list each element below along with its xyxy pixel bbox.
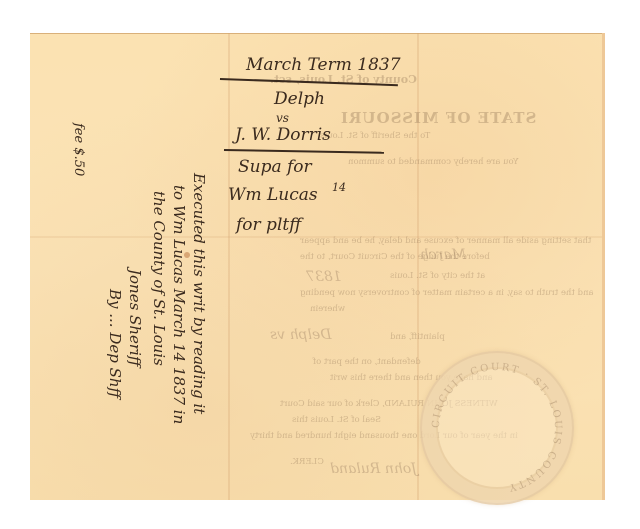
bleed-hand-delph: Delph vs bbox=[270, 327, 332, 343]
document-paper: County of St. Louis, sct. STATE OF MISSO… bbox=[30, 33, 605, 500]
docket-subpoena: Supa for bbox=[238, 157, 312, 177]
return-fee: fee $.50 bbox=[71, 123, 86, 176]
bleed-line-excuse: that setting aside all manner of excuse … bbox=[300, 236, 591, 246]
bleed-line-city: at the city of St. Louis bbox=[390, 271, 485, 281]
docket-witness: Wm Lucas bbox=[228, 185, 318, 205]
bleed-line-truth: and the truth to say, in a certain matte… bbox=[300, 288, 594, 298]
bleed-hand-1837: 1837 bbox=[306, 269, 342, 285]
bleed-line-commanded: You are hereby commanded to summon bbox=[348, 157, 519, 167]
docket-for-party: for pltff bbox=[236, 215, 301, 235]
seal-text: CIRCUIT COURT · ST. LOUIS COUNTY bbox=[431, 362, 563, 493]
bleed-line-defendant: defendant, on the part of bbox=[313, 357, 421, 367]
docket-witness-number: 14 bbox=[332, 181, 346, 194]
return-line-5: By ... Dep Shff bbox=[106, 289, 124, 398]
bleed-line-wherein: wherein bbox=[310, 304, 345, 314]
docket-term: March Term 1837 bbox=[246, 55, 401, 75]
bleed-hand-clerk-name: John Ruland bbox=[330, 461, 417, 477]
defendant-underline bbox=[224, 149, 384, 153]
bleed-line-plaintiff: plaintiff, and bbox=[390, 332, 445, 342]
embossed-court-seal: CIRCUIT COURT · ST. LOUIS COUNTY bbox=[420, 351, 574, 505]
bleed-line-sheriff: To the Sheriff of St. Louis bbox=[320, 131, 430, 141]
paper-right-edge bbox=[602, 33, 605, 500]
seal-ring-text: CIRCUIT COURT · ST. LOUIS COUNTY bbox=[422, 353, 572, 503]
vertical-fold-line bbox=[228, 33, 230, 500]
svg-text:CIRCUIT COURT · ST. LOUIS COUN: CIRCUIT COURT · ST. LOUIS COUNTY bbox=[431, 362, 563, 493]
docket-versus: vs bbox=[276, 111, 289, 125]
bleed-line-seal: Seal of St. Louis this bbox=[292, 415, 381, 425]
bleed-state-heading: STATE OF MISSOURI bbox=[340, 109, 536, 127]
return-line-4: Jones Sheriff bbox=[126, 269, 144, 366]
bleed-hand-date: March bbox=[420, 247, 466, 263]
vertical-fold-line-2 bbox=[417, 33, 419, 500]
return-line-2: to Wm Lucas March 14 1837 in bbox=[170, 185, 188, 424]
return-line-3: the County of St. Louis bbox=[150, 191, 168, 366]
docket-plaintiff: Delph bbox=[274, 89, 325, 109]
bleed-line-clerk: CLERK. bbox=[290, 457, 324, 467]
return-line-1: Executed this writ by reading it bbox=[190, 173, 208, 414]
docket-defendant: J. W. Dorris bbox=[235, 125, 331, 145]
